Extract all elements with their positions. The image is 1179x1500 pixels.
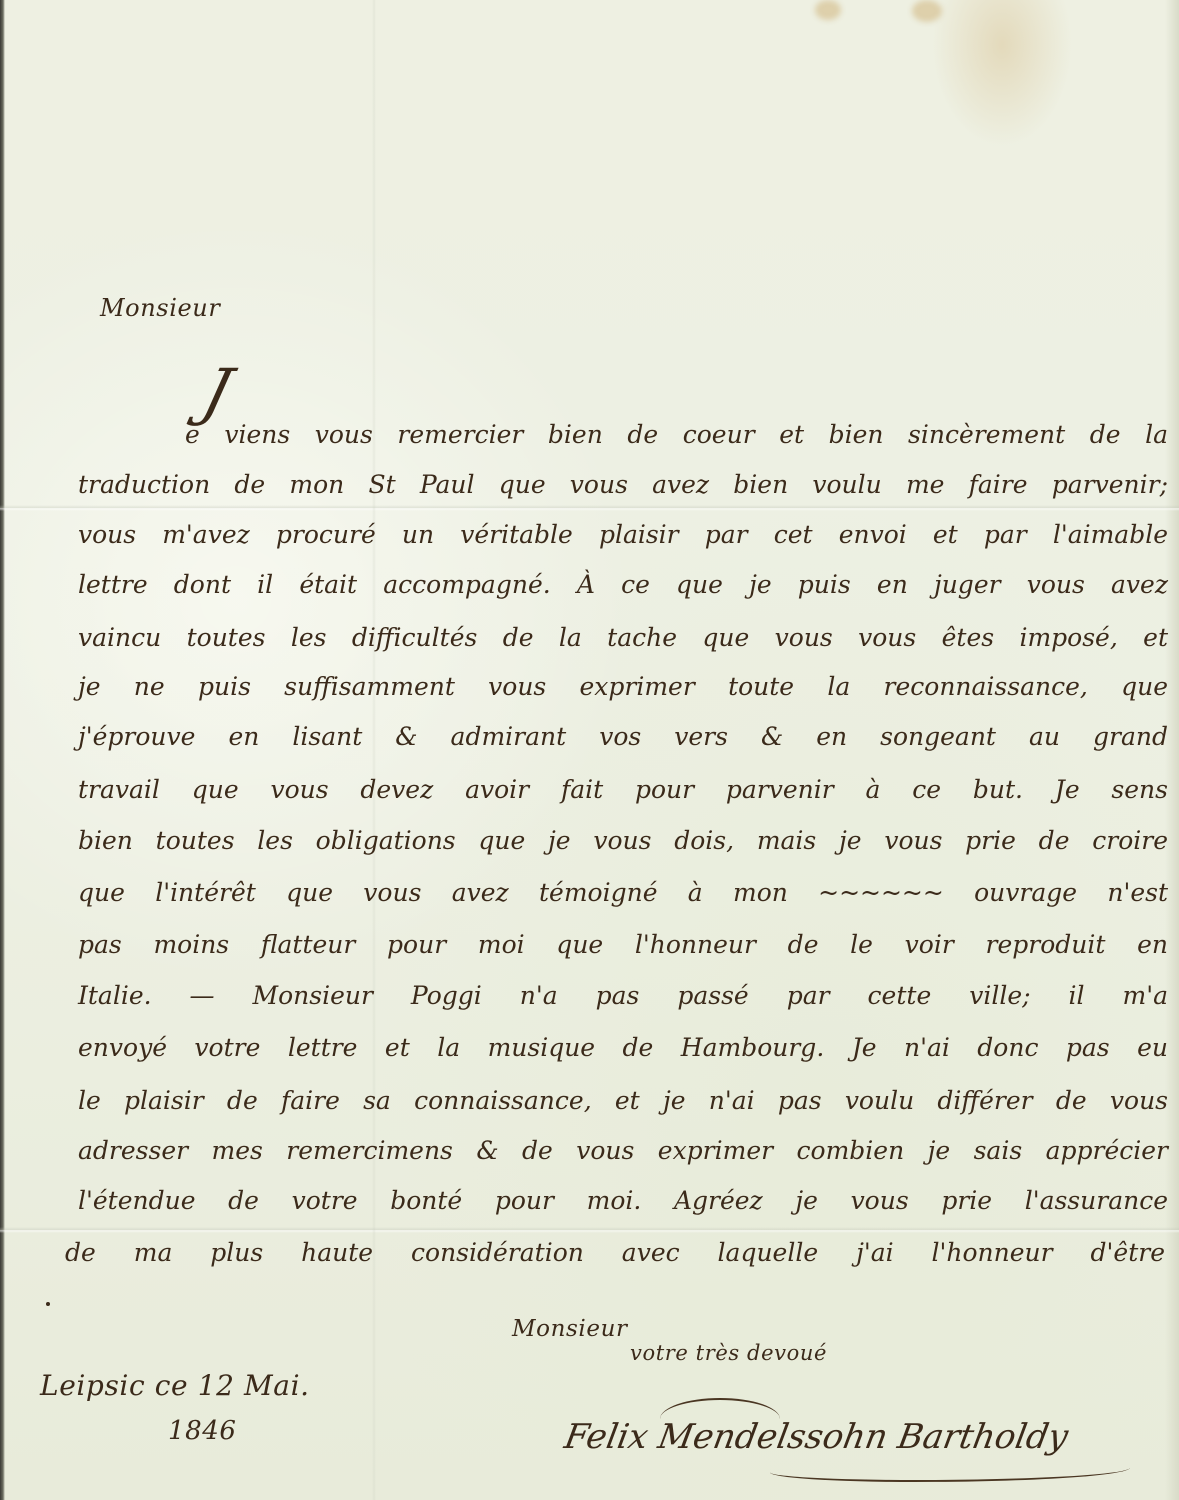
- salutation: Monsieur: [100, 296, 220, 320]
- letter-line: Italie. — Monsieur Poggi n'a pas passé p…: [78, 983, 1168, 1008]
- paper-fold-line: [0, 1227, 1179, 1233]
- scan-left-edge: [0, 0, 5, 1500]
- letter-line: pas moins flatteur pour moi que l'honneu…: [78, 932, 1168, 957]
- letter-line: travail que vous devez avoir fait pour p…: [78, 777, 1168, 802]
- letter-line: vous m'avez procuré un véritable plaisir…: [78, 522, 1168, 547]
- letter-page: Monsieur J e viens vous remercier bien d…: [0, 0, 1179, 1500]
- letter-line: que l'intérêt que vous avez témoigné à m…: [78, 880, 1168, 905]
- drop-cap: J: [196, 355, 239, 428]
- letter-line: envoyé votre lettre et la musique de Ham…: [78, 1035, 1168, 1060]
- letter-line: adresser mes remercimens & de vous expri…: [78, 1138, 1168, 1163]
- closing-devotion: votre très devoué: [630, 1343, 827, 1364]
- letter-line: j'éprouve en lisant & admirant vos vers …: [78, 724, 1168, 749]
- letter-line: de ma plus haute considération avec laqu…: [65, 1240, 1165, 1265]
- letter-line: je ne puis suffisamment vous exprimer to…: [78, 674, 1168, 699]
- letter-line: bien toutes les obligations que je vous …: [78, 828, 1168, 853]
- letter-line: le plaisir de faire sa connaissance, et …: [78, 1088, 1168, 1113]
- paper-stain: [815, 0, 841, 20]
- paper-fold-line: [0, 505, 1179, 511]
- paper-stain: [912, 0, 942, 22]
- letter-line: lettre dont il était accompagné. À ce qu…: [78, 572, 1168, 597]
- letter-line: vaincu toutes les difficultés de la tach…: [78, 625, 1168, 650]
- signature-underline-flourish: [770, 1458, 1130, 1482]
- closing-addressee: Monsieur: [512, 1318, 628, 1341]
- letter-line: traduction de mon St Paul que vous avez …: [78, 472, 1168, 497]
- letter-line: e viens vous remercier bien de coeur et …: [185, 422, 1168, 447]
- signature: Felix Mendelssohn Bartholdy: [562, 1420, 1071, 1454]
- letter-line: l'étendue de votre bonté pour moi. Agrée…: [78, 1188, 1168, 1213]
- place-date: Leipsic ce 12 Mai.: [40, 1372, 310, 1400]
- ink-dot: [46, 1302, 50, 1306]
- letter-year: 1846: [168, 1418, 237, 1444]
